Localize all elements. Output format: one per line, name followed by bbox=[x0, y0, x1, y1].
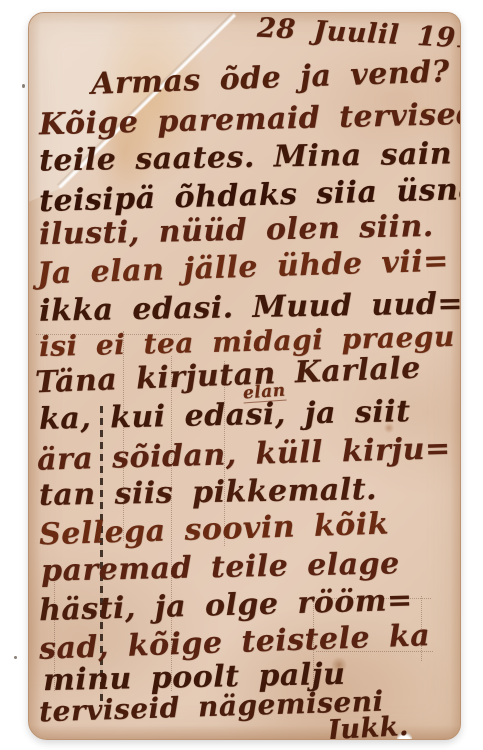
postcard-scan: { "postcard": { "date": "28 Juulil 1917.… bbox=[0, 0, 483, 750]
postcard: 28 Juulil 1917. Armas õde ja vend? ( Kõi… bbox=[28, 12, 461, 740]
handwritten-line: paremad teile elage bbox=[41, 549, 400, 587]
handwritten-line: ilusti, nüüd olen siin. bbox=[39, 212, 434, 250]
handwritten-line: Sellega soovin kõik bbox=[39, 510, 390, 551]
handwritten-line: Ja elan jälle ühde vii= bbox=[37, 247, 450, 290]
handwritten-line: teile saates. Mina sain bbox=[39, 139, 453, 176]
handwritten-line: Kõige paremaid tervised bbox=[39, 100, 461, 141]
scan-speck bbox=[22, 84, 25, 88]
handwritten-line: ka, kui edasi, ja siit bbox=[39, 397, 411, 435]
handwritten-signature: Jukk. bbox=[326, 713, 409, 740]
handwritten-line: ära sõidan, küll kirju= bbox=[37, 434, 451, 476]
handwritten-insertion-above-line: elan bbox=[242, 383, 286, 404]
handwritten-line: tan siis pikkemalt. bbox=[39, 475, 377, 511]
scan-speck bbox=[14, 656, 17, 659]
handwritten-date: 28 Juulil 1917. bbox=[256, 15, 461, 55]
